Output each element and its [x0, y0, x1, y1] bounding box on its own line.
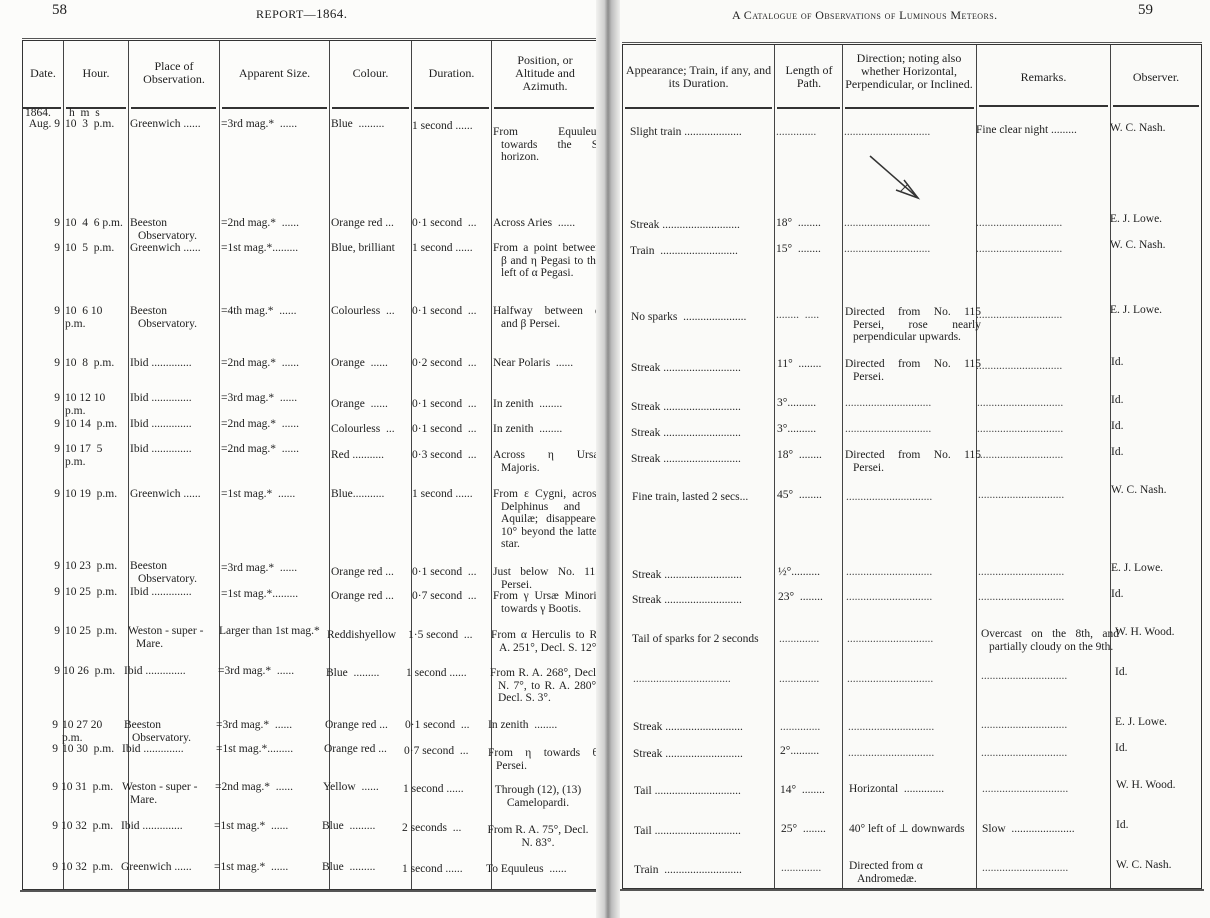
table-row-appearance: .................................. — [633, 673, 731, 686]
table-row-observer: Id. — [1116, 819, 1128, 832]
table-row-hour: 10 4 6 p.m. — [65, 217, 125, 230]
table-row-length: 18° ........ — [776, 217, 821, 230]
table-row-place: Weston - super - Mare. — [122, 781, 220, 806]
table-row-direction: .............................. — [847, 673, 933, 686]
column-header-duration: Duration. — [412, 41, 491, 105]
table-row-date: 9 — [18, 560, 60, 573]
table-row-observer: W. H. Wood. — [1115, 626, 1174, 639]
table-row-observer: W. C. Nash. — [1116, 859, 1171, 872]
table-row-duration: 1 second ...... — [403, 783, 464, 796]
table-row-position: In zenith ........ — [488, 719, 557, 732]
table-row-position: Across η Ursæ Majoris. — [493, 449, 601, 474]
table-row-remarks: .............................. — [982, 862, 1068, 875]
table-row-colour: Blue ......... — [331, 118, 384, 131]
table-row-date: 9 — [16, 820, 58, 833]
table-row-position: Just below No. 115 Persei. — [493, 566, 601, 591]
table-row-length: .............. — [776, 126, 816, 139]
table-row-size: =2nd mag.* ...... — [215, 781, 293, 794]
table-row-observer: W. H. Wood. — [1116, 779, 1175, 792]
table-row-position: Halfway between α and β Persei. — [493, 305, 601, 330]
table-row-direction: Directed from No. 115 Persei, rose nearl… — [845, 306, 981, 344]
table-row-appearance: Streak ........................... — [631, 401, 741, 414]
column-header-place: Place of Observation. — [135, 41, 213, 105]
table-row-colour: Orange red ... — [331, 566, 394, 579]
table-row-size: =2nd mag.* ...... — [221, 418, 299, 431]
table-row-remarks: .............................. — [982, 783, 1068, 796]
column-header-length: Length of Path. — [783, 45, 835, 109]
table-row-length: 18° ........ — [777, 449, 822, 462]
table-row-date: 9 — [18, 488, 60, 501]
table-row-observer: Id. — [1111, 446, 1123, 459]
table-row-position: From ε Cygni, across Delphinus and θ Aqu… — [493, 488, 601, 551]
table-row-position: From R. A. 268°, Decl. N. 7°, to R. A. 2… — [490, 667, 599, 705]
table-row-duration: 1 second ...... — [412, 120, 473, 133]
running-head: A Catalogue of Observations of Luminous … — [732, 7, 997, 23]
table-row-size: =1st mag.*......... — [221, 242, 298, 255]
table-row-date: Aug. 9 — [18, 118, 60, 131]
table-row-duration: 0·2 second ... — [412, 357, 477, 370]
table-row-hour: 10 27 20 p.m. — [62, 719, 122, 744]
table-row-remarks: .............................. — [976, 243, 1062, 256]
table-row-duration: 0·1 second ... — [405, 719, 470, 732]
table-row-colour: Orange red ... — [324, 743, 387, 756]
table-row-duration: 0·1 second ... — [412, 305, 477, 318]
table-row-place: Ibid .............. — [124, 665, 186, 678]
table-row-direction: .............................. — [848, 721, 934, 734]
table-row-duration: 1 second ...... — [412, 488, 473, 501]
table-row-size: =2nd mag.* ...... — [221, 357, 299, 370]
table-row-length: .............. — [779, 633, 819, 646]
table-row-remarks: .............................. — [981, 747, 1067, 760]
table-row-hour: 10 14 p.m. — [65, 418, 117, 431]
column-header-date: Date. — [23, 41, 63, 105]
table-row-position: Across Aries ...... — [493, 217, 575, 230]
page-number: 58 — [52, 2, 67, 19]
table-row-direction: Directed from No. 115 Persei. — [845, 449, 981, 474]
table-row-place: Greenwich ...... — [130, 242, 201, 255]
table-row-observer: E. J. Lowe. — [1115, 716, 1167, 729]
table-row-size: =3rd mag.* ...... — [221, 392, 297, 405]
table-row-place: Greenwich ...... — [130, 488, 201, 501]
table-row-position: From R. A. 75°, Decl. N. 83°. — [486, 824, 590, 849]
table-row-position: From α Herculis to R. A. 251°, Decl. S. … — [491, 629, 600, 654]
column-header-remarks: Remarks. — [977, 45, 1110, 109]
table-row-observer: W. C. Nash. — [1110, 122, 1165, 135]
table-row-direction: Directed from α Andromedæ. — [849, 860, 985, 885]
table-row-hour: 10 23 p.m. — [65, 560, 117, 573]
table-row-hour: 10 19 p.m. — [65, 488, 117, 501]
table-row-place: Beeston Observatory. — [130, 305, 224, 330]
table-row-remarks: .............................. — [976, 360, 1062, 373]
table-row-colour: Orange red ... — [325, 719, 388, 732]
table-row-size: =3rd mag.* ...... — [221, 562, 297, 575]
column-header-hour: Hour. — [64, 41, 128, 105]
table-row-remarks: .............................. — [977, 397, 1063, 410]
table-row-direction: .............................. — [844, 243, 930, 256]
table-row-hour: 10 3 p.m. — [65, 118, 114, 131]
table-row-date: 9 — [18, 625, 60, 638]
table-row-appearance: Train ........................... — [634, 864, 742, 877]
table-row-hour: 10 30 p.m. — [62, 743, 114, 756]
table-row-remarks: Slow ...................... — [982, 823, 1075, 836]
table-row-remarks: .............................. — [976, 309, 1062, 322]
table-row-direction: .............................. — [845, 423, 931, 436]
running-head: REPORT—1864. — [256, 6, 347, 22]
table-row-remarks: .............................. — [977, 449, 1063, 462]
column-header-colour: Colour. — [330, 41, 411, 105]
table-row-colour: Orange red ... — [331, 217, 394, 230]
table-row-direction: .............................. — [848, 747, 934, 760]
table-row-place: Beeston Observatory. — [130, 217, 224, 242]
table-row-direction: .............................. — [845, 397, 931, 410]
table-row-length: .............. — [779, 673, 819, 686]
table-row-remarks: .............................. — [981, 719, 1067, 732]
table-row-length: .............. — [781, 862, 821, 875]
table-row-observer: W. C. Nash. — [1110, 239, 1165, 252]
table-row-colour: Blue ......... — [322, 861, 375, 874]
table-row-appearance: Tail .............................. — [634, 825, 741, 838]
table-row-colour: Orange ...... — [331, 357, 388, 370]
table-row-date: 9 — [16, 781, 58, 794]
table-row-hour: 10 17 5 p.m. — [65, 443, 125, 468]
table-row-hour: 10 31 p.m. — [61, 781, 113, 794]
table-row-date: 9 — [18, 392, 60, 405]
table-row-date: 9 — [18, 242, 60, 255]
table-row-appearance: Slight train .................... — [630, 126, 742, 139]
table-row-position: In zenith ........ — [493, 398, 562, 411]
column-header-direction: Direction; noting also whether Horizonta… — [845, 39, 973, 103]
table-row-remarks: .............................. — [978, 489, 1064, 502]
table-row-colour: Blue, brilliant — [331, 242, 395, 255]
table-row-appearance: Fine train, lasted 2 secs... — [632, 491, 748, 504]
table-row-hour: 10 6 10 p.m. — [65, 305, 125, 330]
table-row-duration: 1 second ...... — [406, 667, 467, 680]
table-row-length: 15° ........ — [776, 243, 821, 256]
direction-arrow-icon — [868, 154, 922, 202]
table-row-length: 11° ........ — [777, 358, 821, 371]
table-row-length: 25° ........ — [781, 823, 826, 836]
table-row-hour: 10 5 p.m. — [65, 242, 114, 255]
table-row-colour: Orange red ... — [331, 590, 394, 603]
table-row-direction: .............................. — [844, 217, 930, 230]
table-row-duration: 2 seconds ... — [402, 822, 461, 835]
book-gutter — [596, 0, 620, 918]
table-row-appearance: Streak ........................... — [633, 748, 743, 761]
table-row-size: =1st mag.* ...... — [221, 488, 295, 501]
table-row-remarks: .............................. — [981, 670, 1067, 683]
table-row-remarks: Fine clear night ......... — [976, 124, 1077, 137]
table-row-length: 45° ........ — [777, 489, 822, 502]
table-row-remarks: .............................. — [976, 217, 1062, 230]
table-row-hour: 10 32 p.m. — [61, 820, 113, 833]
table-row-hour: 10 32 p.m. — [61, 861, 113, 874]
table-row-appearance: Tail .............................. — [634, 785, 741, 798]
table-row-duration: 0·7 second ... — [404, 745, 469, 758]
table-row-date: 9 — [16, 719, 58, 732]
table-row-place: Beeston Observatory. — [130, 560, 224, 585]
table-row-position: To Equuleus ...... — [486, 863, 567, 876]
column-header-position: Position, or Altitude and Azimuth. — [501, 41, 589, 105]
table-row-hour: 10 25 p.m. — [65, 625, 117, 638]
table-row-length: .............. — [780, 721, 820, 734]
table-row-date: 9 — [16, 743, 58, 756]
table-row-colour: Yellow ...... — [323, 781, 379, 794]
table-row-appearance: Streak ........................... — [631, 453, 741, 466]
table-row-observer: W. C. Nash. — [1111, 484, 1166, 497]
table-row-duration: 0·7 second ... — [412, 590, 477, 603]
table-row-observer: Id. — [1115, 742, 1127, 755]
table-row-date: 9 — [18, 357, 60, 370]
table-row-hour: 10 8 p.m. — [65, 357, 114, 370]
table-row-position: Through (12), (13) Camelopardi. — [486, 784, 590, 809]
table-row-size: =2nd mag.* ...... — [221, 217, 299, 230]
table-row-length: ........ ..... — [776, 309, 819, 322]
table-row-appearance: Streak ........................... — [633, 721, 743, 734]
left-page: 58 REPORT—1864. Date. Hour. Place of Obs… — [0, 0, 604, 918]
table-row-size: =1st mag.* ...... — [214, 820, 288, 833]
table-row-place: Ibid .............. — [122, 743, 184, 756]
table-row-colour: Colourless ... — [331, 305, 395, 318]
table-row-appearance: Streak ........................... — [631, 427, 741, 440]
table-row-appearance: Tail of sparks for 2 seconds — [632, 633, 759, 646]
table-row-direction: .............................. — [844, 126, 930, 139]
table-row-size: =3rd mag.* ...... — [216, 719, 292, 732]
table-row-size: =2nd mag.* ...... — [221, 443, 299, 456]
table-row-position: From Equuleus towards the S. horizon. — [493, 126, 601, 164]
table-row-appearance: Streak ........................... — [632, 594, 742, 607]
table-row-hour: 10 26 p.m. — [63, 665, 115, 678]
table-row-duration: 0·1 second ... — [412, 398, 477, 411]
table-row-date: 9 — [18, 418, 60, 431]
table-row-appearance: Streak ........................... — [632, 569, 742, 582]
table-row-appearance: Streak ........................... — [630, 219, 740, 232]
table-row-appearance: No sparks ...................... — [631, 311, 746, 324]
page-number: 59 — [1138, 2, 1153, 19]
table-row-position: Near Polaris ...... — [493, 357, 573, 370]
table-row-observer: Id. — [1111, 420, 1123, 433]
table-row-observer: Id. — [1111, 588, 1123, 601]
table-row-observer: Id. — [1111, 394, 1123, 407]
table-row-colour: Reddishyellow — [327, 629, 396, 642]
table-row-date: 9 — [18, 665, 60, 678]
table-row-observer: Id. — [1111, 356, 1123, 369]
table-row-date: 9 — [18, 305, 60, 318]
table-row-length: 2°.......... — [780, 745, 819, 758]
table-row-date: 9 — [18, 217, 60, 230]
table-row-direction: .............................. — [846, 566, 932, 579]
table-row-duration: 0·1 second ... — [412, 566, 477, 579]
table-row-date: 9 — [18, 586, 60, 599]
table-row-size: Larger than 1st mag.* — [219, 625, 331, 638]
table-row-direction: Horizontal .............. — [849, 783, 944, 796]
table-row-place: Greenwich ...... — [121, 861, 192, 874]
table-row-colour: Colourless ... — [331, 423, 395, 436]
table-row-place: Greenwich ...... — [130, 118, 201, 131]
table-row-size: =3rd mag.* ...... — [218, 665, 294, 678]
table-row-appearance: Streak ........................... — [631, 362, 741, 375]
table-row-size: =1st mag.*......... — [221, 588, 298, 601]
table-row-size: =4th mag.* ...... — [221, 305, 296, 318]
column-header-size: Apparent Size. — [220, 41, 329, 105]
right-page: A Catalogue of Observations of Luminous … — [606, 0, 1210, 918]
table-row-colour: Red ........... — [331, 449, 384, 462]
table-row-colour: Blue ......... — [326, 667, 379, 680]
table-row-colour: Orange ...... — [331, 398, 388, 411]
table-row-observer: E. J. Lowe. — [1110, 304, 1162, 317]
table-row-duration: 1 second ...... — [402, 863, 463, 876]
table-row-duration: 0·3 second ... — [412, 449, 477, 462]
table-row-direction: .............................. — [847, 633, 933, 646]
table-row-place: Ibid .............. — [130, 418, 192, 431]
table-row-duration: 0·1 second ... — [412, 217, 477, 230]
table-row-duration: 0·1 second ... — [412, 423, 477, 436]
table-row-position: From a point between β and η Pegasi to t… — [493, 242, 601, 280]
table-row-hour: 10 12 10 p.m. — [65, 392, 125, 417]
table-row-place: Weston - super - Mare. — [128, 625, 224, 650]
table-row-direction: Directed from No. 115 Persei. — [845, 358, 981, 383]
table-row-remarks: .............................. — [977, 423, 1063, 436]
table-row-position: From η towards θ Persei. — [488, 747, 598, 772]
table-row-place: Beeston Observatory. — [124, 719, 220, 744]
table-row-length: 23° ........ — [778, 591, 823, 604]
column-header-observer: Observer. — [1111, 45, 1201, 109]
table-row-observer: Id. — [1115, 666, 1127, 679]
table-row-size: =1st mag.*......... — [216, 743, 293, 756]
table-row-hour: 10 25 p.m. — [65, 586, 117, 599]
table-row-position: In zenith ........ — [493, 423, 562, 436]
table-row-colour: Blue ......... — [322, 820, 375, 833]
table-row-observer: E. J. Lowe. — [1111, 562, 1163, 575]
table-row-place: Ibid .............. — [130, 357, 192, 370]
table-row-date: 9 — [18, 443, 60, 456]
table-row-length: 3°.......... — [777, 423, 816, 436]
table-row-position: From γ Ursæ Minoris towards γ Bootis. — [493, 590, 601, 615]
table-row-observer: E. J. Lowe. — [1110, 213, 1162, 226]
table-row-place: Ibid .............. — [130, 586, 192, 599]
table-row-duration: 1 second ...... — [412, 242, 473, 255]
table-row-length: 3°.......... — [777, 397, 816, 410]
table-row-length: ½°.......... — [778, 566, 820, 579]
table-row-size: =1st mag.* ...... — [214, 861, 288, 874]
table-row-date: 9 — [16, 861, 58, 874]
table-row-place: Ibid .............. — [121, 820, 183, 833]
table-row-appearance: Train ........................... — [630, 245, 738, 258]
table-row-duration: 1·5 second ... — [408, 629, 473, 642]
table-row-length: 14° ........ — [780, 784, 825, 797]
column-header-appearance: Appearance; Train, if any, and its Durat… — [623, 45, 774, 109]
table-row-remarks: .............................. — [978, 566, 1064, 579]
table-row-colour: Blue........... — [331, 488, 384, 501]
table-row-direction: .............................. — [846, 491, 932, 504]
table-row-remarks: .............................. — [978, 591, 1064, 604]
table-row-direction: 40° left of ⊥ downwards — [849, 823, 965, 836]
table-row-place: Ibid .............. — [130, 443, 192, 456]
table-row-place: Ibid .............. — [130, 392, 192, 405]
table-row-remarks: Overcast on the 8th, and partially cloud… — [981, 628, 1119, 653]
table-row-size: =3rd mag.* ...... — [221, 118, 297, 131]
table-row-direction: .............................. — [846, 591, 932, 604]
